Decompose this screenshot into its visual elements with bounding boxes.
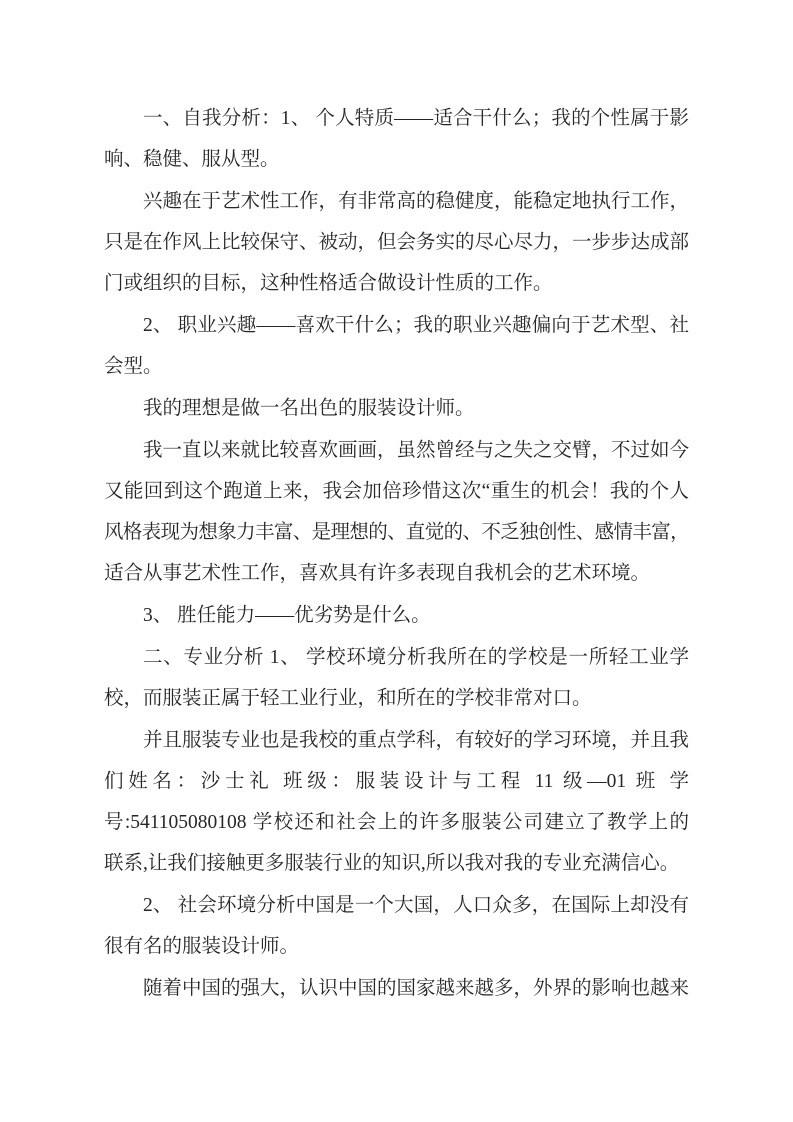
text-line: 门或组织的目标，这种性格适合做设计性质的工作。 bbox=[104, 263, 689, 304]
paragraph: 我的理想是做一名出色的服装设计师。 bbox=[104, 388, 689, 429]
paragraph: 一、自我分析：1、 个人特质——适合干什么；我的个性属于影响、稳健、服从型。 bbox=[104, 98, 689, 180]
text-line: 并且服装专业也是我校的重点学科，有较好的学习环境，并且我 bbox=[104, 720, 689, 761]
text-line: 响、稳健、服从型。 bbox=[104, 139, 689, 180]
text-line: 3、 胜任能力——优劣势是什么。 bbox=[104, 595, 689, 636]
paragraph: 并且服装专业也是我校的重点学科，有较好的学习环境，并且我们姓名：沙士礼 班级：服… bbox=[104, 720, 689, 884]
text-line: 2、 职业兴趣——喜欢干什么；我的职业兴趣偏向于艺术型、社 bbox=[104, 305, 689, 346]
paragraph: 兴趣在于艺术性工作，有非常高的稳健度，能稳定地执行工作，只是在作风上比较保守、被… bbox=[104, 181, 689, 304]
text-line: 会型。 bbox=[104, 346, 689, 387]
text-line: 只是在作风上比较保守、被动，但会务实的尽心尽力，一步步达成部 bbox=[104, 222, 689, 263]
text-line: 们姓名：沙士礼 班级：服装设计与工程 11 级—01 班 学 bbox=[104, 761, 689, 802]
text-line: 联系,让我们接触更多服装行业的知识,所以我对我的专业充满信心。 bbox=[104, 843, 689, 884]
text-line: 2、 社会环境分析中国是一个大国，人口众多，在国际上却没有 bbox=[104, 885, 689, 926]
document-body: 一、自我分析：1、 个人特质——适合干什么；我的个性属于影响、稳健、服从型。兴趣… bbox=[104, 98, 689, 1010]
text-line: 又能回到这个跑道上来，我会加倍珍惜这次“重生的机会！我的个人 bbox=[104, 471, 689, 512]
paragraph: 随着中国的强大，认识中国的国家越来越多，外界的影响也越来 bbox=[104, 968, 689, 1009]
document-page: 一、自我分析：1、 个人特质——适合干什么；我的个性属于影响、稳健、服从型。兴趣… bbox=[0, 0, 793, 1122]
text-line: 号:541105080108 学校还和社会上的许多服装公司建立了教学上的 bbox=[104, 802, 689, 843]
text-line: 随着中国的强大，认识中国的国家越来越多，外界的影响也越来 bbox=[104, 968, 689, 1009]
text-line: 兴趣在于艺术性工作，有非常高的稳健度，能稳定地执行工作， bbox=[104, 181, 689, 222]
paragraph: 3、 胜任能力——优劣势是什么。 bbox=[104, 595, 689, 636]
paragraph: 二、专业分析 1、 学校环境分析我所在的学校是一所轻工业学校，而服装正属于轻工业… bbox=[104, 637, 689, 719]
paragraph: 2、 职业兴趣——喜欢干什么；我的职业兴趣偏向于艺术型、社会型。 bbox=[104, 305, 689, 387]
text-line: 很有名的服装设计师。 bbox=[104, 926, 689, 967]
text-line: 适合从事艺术性工作，喜欢具有许多表现自我机会的艺术环境。 bbox=[104, 553, 689, 594]
text-line: 一、自我分析：1、 个人特质——适合干什么；我的个性属于影 bbox=[104, 98, 689, 139]
paragraph: 我一直以来就比较喜欢画画，虽然曾经与之失之交臂，不过如今又能回到这个跑道上来，我… bbox=[104, 430, 689, 594]
text-line: 二、专业分析 1、 学校环境分析我所在的学校是一所轻工业学 bbox=[104, 637, 689, 678]
text-line: 我一直以来就比较喜欢画画，虽然曾经与之失之交臂，不过如今 bbox=[104, 430, 689, 471]
text-line: 风格表现为想象力丰富、是理想的、直觉的、不乏独创性、感情丰富， bbox=[104, 512, 689, 553]
paragraph: 2、 社会环境分析中国是一个大国，人口众多，在国际上却没有很有名的服装设计师。 bbox=[104, 885, 689, 967]
text-line: 我的理想是做一名出色的服装设计师。 bbox=[104, 388, 689, 429]
text-line: 校，而服装正属于轻工业行业，和所在的学校非常对口。 bbox=[104, 678, 689, 719]
